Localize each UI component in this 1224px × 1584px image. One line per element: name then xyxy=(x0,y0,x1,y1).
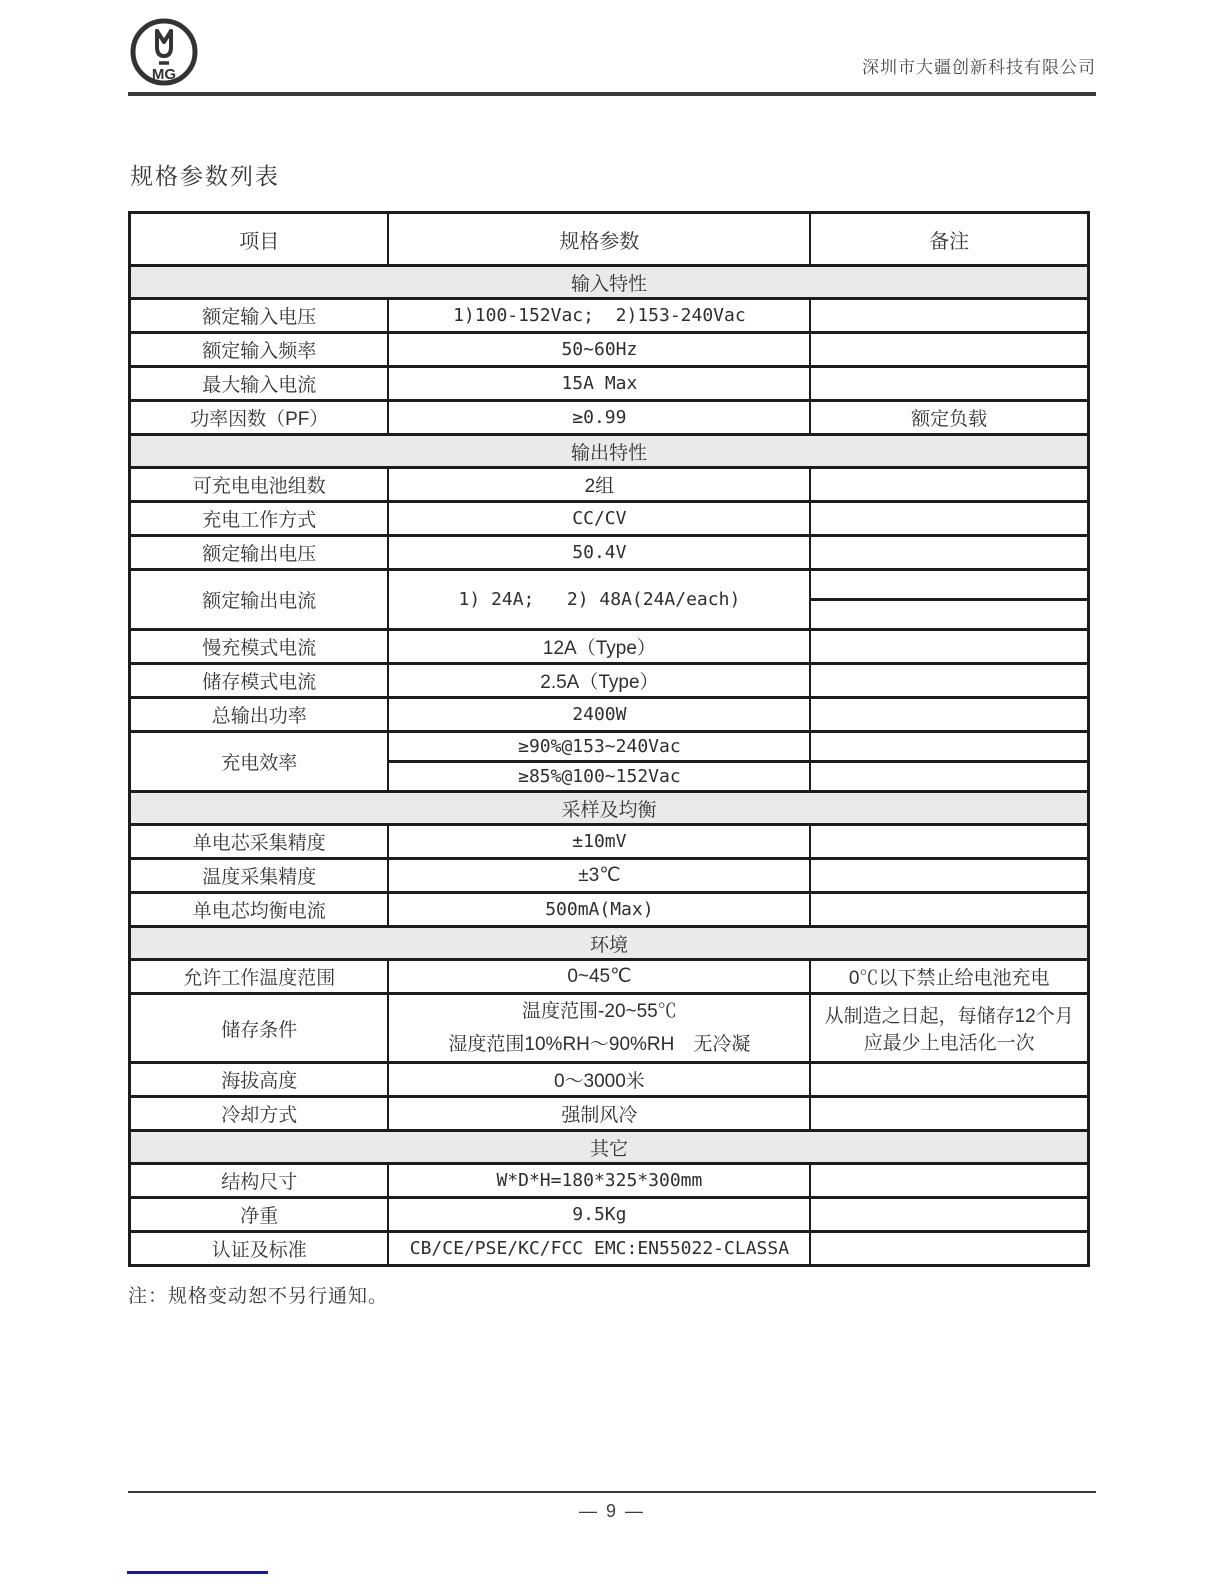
company-logo: MG xyxy=(128,16,200,88)
header-divider xyxy=(128,92,1096,96)
item-cell: 额定输出电压 xyxy=(130,536,389,570)
note-cell xyxy=(810,1097,1088,1131)
spec-cell: 2400W xyxy=(388,698,810,732)
company-name: 深圳市大疆创新科技有限公司 xyxy=(862,53,1096,78)
section-title: 其它 xyxy=(130,1131,1089,1164)
spec-line: 湿度范围10%RH～90%RH 无冷凝 xyxy=(395,1028,803,1061)
content: 规格参数列表 项目 规格参数 备注 输入特性额定输入电压1)100-152Vac… xyxy=(128,158,1096,1308)
section-title: 输入特性 xyxy=(130,266,1089,299)
col-header-item: 项目 xyxy=(130,213,389,266)
note-cell xyxy=(810,502,1088,536)
table-row: 允许工作温度范围0~45℃0℃以下禁止给电池充电 xyxy=(130,960,1089,994)
section-header-row: 输入特性 xyxy=(130,266,1089,299)
note-cell xyxy=(810,732,1088,762)
page: MG 深圳市大疆创新科技有限公司 规格参数列表 项目 规格参数 备注 输入特性额… xyxy=(0,0,1224,1584)
section-header-row: 输出特性 xyxy=(130,435,1089,468)
spec-cell: 2.5A（Type） xyxy=(388,664,810,698)
spec-cell: ≥90%@153~240Vac xyxy=(388,732,810,762)
spec-cell: 强制风冷 xyxy=(388,1097,810,1131)
item-cell: 储存模式电流 xyxy=(130,664,389,698)
item-cell: 认证及标准 xyxy=(130,1232,389,1266)
item-cell: 净重 xyxy=(130,1198,389,1232)
table-row: 储存条件温度范围-20~55℃湿度范围10%RH～90%RH 无冷凝从制造之日起… xyxy=(130,994,1089,1063)
item-cell: 单电芯均衡电流 xyxy=(130,893,389,927)
item-cell: 充电工作方式 xyxy=(130,502,389,536)
note-cell xyxy=(810,367,1088,401)
section-title: 采样及均衡 xyxy=(130,792,1089,825)
item-cell: 允许工作温度范围 xyxy=(130,960,389,994)
note-cell xyxy=(810,762,1088,792)
note-cell xyxy=(810,468,1088,502)
table-row: 慢充模式电流12A（Type） xyxy=(130,630,1089,664)
item-cell: 额定输出电流 xyxy=(130,570,389,630)
spec-cell: 0～3000米 xyxy=(388,1063,810,1097)
note-cell xyxy=(810,859,1088,893)
note-cell xyxy=(810,1063,1088,1097)
spec-cell: 1)100-152Vac; 2)153-240Vac xyxy=(388,299,810,333)
page-header: MG 深圳市大疆创新科技有限公司 xyxy=(128,16,1096,92)
note-cell xyxy=(810,1164,1088,1198)
item-cell: 可充电电池组数 xyxy=(130,468,389,502)
spec-cell: ±10mV xyxy=(388,825,810,859)
spec-cell: CC/CV xyxy=(388,502,810,536)
table-row: 冷却方式强制风冷 xyxy=(130,1097,1089,1131)
note-cell: 从制造之日起，每储存12个月应最少上电活化一次 xyxy=(810,994,1088,1063)
table-row: 单电芯均衡电流500mA(Max) xyxy=(130,893,1089,927)
table-row: 充电工作方式CC/CV xyxy=(130,502,1089,536)
spec-table-body: 输入特性额定输入电压1)100-152Vac; 2)153-240Vac额定输入… xyxy=(130,266,1089,1266)
table-row: 充电效率≥90%@153~240Vac xyxy=(130,732,1089,762)
item-cell: 额定输入频率 xyxy=(130,333,389,367)
note-cell: 额定负载 xyxy=(810,401,1088,435)
page-title: 规格参数列表 xyxy=(130,158,1096,191)
section-header-row: 环境 xyxy=(130,927,1089,960)
spec-cell: 50.4V xyxy=(388,536,810,570)
spec-line: 温度范围-20~55℃ xyxy=(395,995,803,1028)
item-cell: 总输出功率 xyxy=(130,698,389,732)
spec-cell: CB/CE/PSE/KC/FCC EMC:EN55022-CLASSA xyxy=(388,1232,810,1266)
section-header-row: 其它 xyxy=(130,1131,1089,1164)
mg-logo-icon: MG xyxy=(128,16,200,88)
note-cell xyxy=(810,536,1088,570)
note-cell xyxy=(810,333,1088,367)
note-cell xyxy=(810,600,1088,630)
table-row: 功率因数（PF）≥0.99额定负载 xyxy=(130,401,1089,435)
spec-cell: 温度范围-20~55℃湿度范围10%RH～90%RH 无冷凝 xyxy=(388,994,810,1063)
item-cell: 温度采集精度 xyxy=(130,859,389,893)
note-cell xyxy=(810,698,1088,732)
note-cell xyxy=(810,299,1088,333)
item-cell: 额定输入电压 xyxy=(130,299,389,333)
table-row: 最大输入电流15A Max xyxy=(130,367,1089,401)
page-number: — 9 — xyxy=(0,1501,1224,1522)
section-header-row: 采样及均衡 xyxy=(130,792,1089,825)
table-row: 海拔高度0～3000米 xyxy=(130,1063,1089,1097)
section-title: 输出特性 xyxy=(130,435,1089,468)
spec-cell: ≥85%@100~152Vac xyxy=(388,762,810,792)
item-cell: 功率因数（PF） xyxy=(130,401,389,435)
spec-cell: 9.5Kg xyxy=(388,1198,810,1232)
spec-cell: 50~60Hz xyxy=(388,333,810,367)
table-header-row: 项目 规格参数 备注 xyxy=(130,213,1089,266)
item-cell: 慢充模式电流 xyxy=(130,630,389,664)
spec-cell: 500mA(Max) xyxy=(388,893,810,927)
note-cell xyxy=(810,630,1088,664)
table-row: 温度采集精度±3℃ xyxy=(130,859,1089,893)
note-cell xyxy=(810,664,1088,698)
item-cell: 储存条件 xyxy=(130,994,389,1063)
note-cell xyxy=(810,825,1088,859)
item-cell: 单电芯采集精度 xyxy=(130,825,389,859)
spec-cell: W*D*H=180*325*300mm xyxy=(388,1164,810,1198)
table-row: 总输出功率2400W xyxy=(130,698,1089,732)
table-row: 额定输入电压1)100-152Vac; 2)153-240Vac xyxy=(130,299,1089,333)
col-header-spec: 规格参数 xyxy=(388,213,810,266)
spec-cell: 0~45℃ xyxy=(388,960,810,994)
table-row: 额定输出电流1) 24A; 2) 48A(24A/each) xyxy=(130,570,1089,600)
item-cell: 充电效率 xyxy=(130,732,389,792)
table-row: 净重9.5Kg xyxy=(130,1198,1089,1232)
note-cell xyxy=(810,893,1088,927)
table-row: 结构尺寸W*D*H=180*325*300mm xyxy=(130,1164,1089,1198)
spec-cell: 2组 xyxy=(388,468,810,502)
note-cell xyxy=(810,1198,1088,1232)
spec-cell: ≥0.99 xyxy=(388,401,810,435)
table-row: 认证及标准CB/CE/PSE/KC/FCC EMC:EN55022-CLASSA xyxy=(130,1232,1089,1266)
logo-text: MG xyxy=(152,66,176,83)
item-cell: 结构尺寸 xyxy=(130,1164,389,1198)
table-row: 单电芯采集精度±10mV xyxy=(130,825,1089,859)
table-row: 可充电电池组数2组 xyxy=(130,468,1089,502)
item-cell: 最大输入电流 xyxy=(130,367,389,401)
spec-cell: 12A（Type） xyxy=(388,630,810,664)
item-cell: 海拔高度 xyxy=(130,1063,389,1097)
table-row: 储存模式电流2.5A（Type） xyxy=(130,664,1089,698)
spec-table: 项目 规格参数 备注 输入特性额定输入电压1)100-152Vac; 2)153… xyxy=(128,211,1090,1267)
spec-cell: 1) 24A; 2) 48A(24A/each) xyxy=(388,570,810,630)
footer-divider xyxy=(128,1491,1096,1493)
col-header-note: 备注 xyxy=(810,213,1088,266)
table-row: 额定输出电压50.4V xyxy=(130,536,1089,570)
table-row: 额定输入频率50~60Hz xyxy=(130,333,1089,367)
note-cell xyxy=(810,1232,1088,1266)
item-cell: 冷却方式 xyxy=(130,1097,389,1131)
footnote: 注：规格变动恕不另行通知。 xyxy=(128,1281,1096,1308)
section-title: 环境 xyxy=(130,927,1089,960)
note-cell xyxy=(810,570,1088,600)
spec-cell: ±3℃ xyxy=(388,859,810,893)
spec-cell: 15A Max xyxy=(388,367,810,401)
footer-link-underline[interactable] xyxy=(127,1571,268,1574)
note-cell: 0℃以下禁止给电池充电 xyxy=(810,960,1088,994)
